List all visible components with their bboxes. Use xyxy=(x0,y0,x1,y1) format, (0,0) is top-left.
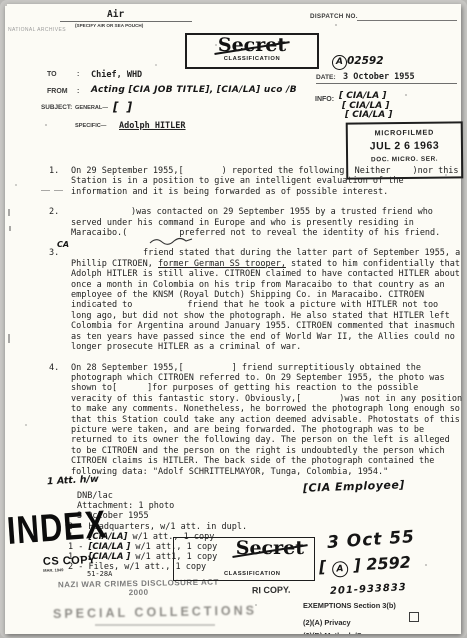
bracket: [ xyxy=(319,557,327,576)
classification-stamp-box-bottom: Secret CLASSIFICATION xyxy=(173,537,315,581)
scan-noise xyxy=(5,4,7,6)
microfilm-series-label: DOC. MICRO. SER. xyxy=(348,155,461,163)
paragraph-text: preferred not to reveal the identity of … xyxy=(179,228,440,238)
paragraph-text: On 28 September 1955,[ xyxy=(71,363,184,373)
from-value: Acting [CIA JOB TITLE], [CIA/LA] uco /B xyxy=(91,85,297,95)
subject-general-label: GENERAL— xyxy=(75,105,108,111)
date-underline xyxy=(316,83,457,84)
paragraph-text: ) reported the following. Neither xyxy=(222,166,391,176)
pouch-caption: (SPECIFY AIR OR SEA POUCH) xyxy=(75,23,143,28)
secret-stamp-bottom: Secret xyxy=(236,539,304,558)
subject-label: SUBJECT: xyxy=(41,104,72,111)
document-body: 1. On 29 September 1955,[) reported the … xyxy=(45,166,455,487)
index-stamp: INDEX xyxy=(6,502,109,554)
cs-copy-label: CS COPY xyxy=(43,554,96,568)
margin-mark xyxy=(8,209,10,216)
ri-copy-stamp: RI COPY. xyxy=(252,585,291,596)
paragraph-number: 4. xyxy=(49,363,59,373)
handwritten-date: 3 Oct 55 xyxy=(326,527,415,553)
classification-label-bottom: CLASSIFICATION xyxy=(224,571,281,577)
bracket: ] xyxy=(353,555,361,574)
paragraph-number: 3. xyxy=(49,248,59,258)
classification-stamp-box: Secret CLASSIFICATION xyxy=(185,33,319,69)
scanned-page: NATIONAL ARCHIVES Air (SPECIFY AIR OR SE… xyxy=(0,0,467,638)
exemption-privacy: (2)(A) Privacy xyxy=(303,618,351,627)
exemptions-block: EXEMPTIONS Section 3(b) (2)(A) Privacy (… xyxy=(303,601,453,634)
date-label: DATE: xyxy=(316,74,336,81)
date-value: 3 October 1955 xyxy=(343,72,415,82)
subject-specific-label: SPECIFIC— xyxy=(75,123,106,129)
pouch-underline xyxy=(60,21,192,22)
national-archives-label: NATIONAL ARCHIVES xyxy=(8,27,66,33)
microfilmed-label: MICROFILMED xyxy=(348,127,461,137)
paragraph-number: 2. xyxy=(49,207,59,217)
pouch-type-value: Air xyxy=(107,9,124,20)
margin-mark xyxy=(9,226,11,231)
paragraph-text: On 29 September 1955,[ xyxy=(71,166,184,176)
privacy-checkbox xyxy=(409,612,419,622)
paragraph-3: 3. friend stated that during the latter … xyxy=(45,248,455,352)
circled-a-mark: A xyxy=(332,55,347,70)
registry-digits: 2592 xyxy=(366,553,411,574)
dispatch-no-line xyxy=(357,20,457,21)
document-paper: NATIONAL ARCHIVES Air (SPECIFY AIR OR SE… xyxy=(5,4,461,634)
secret-stamp: Secret xyxy=(218,36,286,55)
faded-footer-line xyxy=(95,624,215,626)
paragraph-1: 1. On 29 September 1955,[) reported the … xyxy=(45,166,455,197)
paragraph-4: 4. On 28 September 1955,[] friend surrep… xyxy=(45,363,455,477)
classification-label: CLASSIFICATION xyxy=(187,56,317,62)
to-value: Chief, WHD xyxy=(91,70,142,80)
info-routing-3: [ CIA/LA ] xyxy=(345,111,392,121)
cs-copy-stamp: CS COPY MAR. 1949 xyxy=(43,554,97,573)
exemptions-title: EXEMPTIONS Section 3(b) xyxy=(303,601,453,610)
subject-general-value: [ ] xyxy=(113,100,134,114)
info-routing-list: [ CIA/LA ] [ CIA/LA ] [ CIA/LA ] xyxy=(339,92,392,121)
info-label: INFO: xyxy=(315,96,334,103)
margin-mark xyxy=(8,334,10,343)
subject-specific-value: Adolph HITLER xyxy=(119,121,186,131)
to-label: TO xyxy=(47,71,57,78)
dispatch-no-label: DISPATCH NO. xyxy=(310,13,358,20)
faded-collections-stamp: SPECIAL COLLECTIONS xyxy=(53,603,293,621)
registry-number: A02592 xyxy=(332,55,384,70)
exemption-clipped-line: (2)(B) Methods/Sources xyxy=(303,631,453,634)
registry-number-value: 02592 xyxy=(347,55,384,67)
handwritten-registry-number: [ A ] 2592 xyxy=(319,553,412,579)
underlined-phrase: former German SS trooper, xyxy=(158,259,286,269)
cia-employee-annotation: [CIA Employee] xyxy=(303,478,405,495)
from-separator: : xyxy=(77,88,79,95)
handwritten-file-number: 201-933833 xyxy=(330,582,407,597)
paragraph-2: 2. )was contacted on 29 September 1955 b… xyxy=(45,207,455,238)
to-separator: : xyxy=(77,71,79,78)
paragraph-text: )was not in any position to make any com… xyxy=(71,394,462,477)
paragraph-number: 1. xyxy=(49,166,59,176)
circled-a-mark: A xyxy=(332,561,349,578)
from-label: FROM xyxy=(47,88,68,95)
drafter-initials: DNB/lac xyxy=(77,491,174,501)
microfilm-date: JUL 2 6 1963 xyxy=(348,139,461,152)
